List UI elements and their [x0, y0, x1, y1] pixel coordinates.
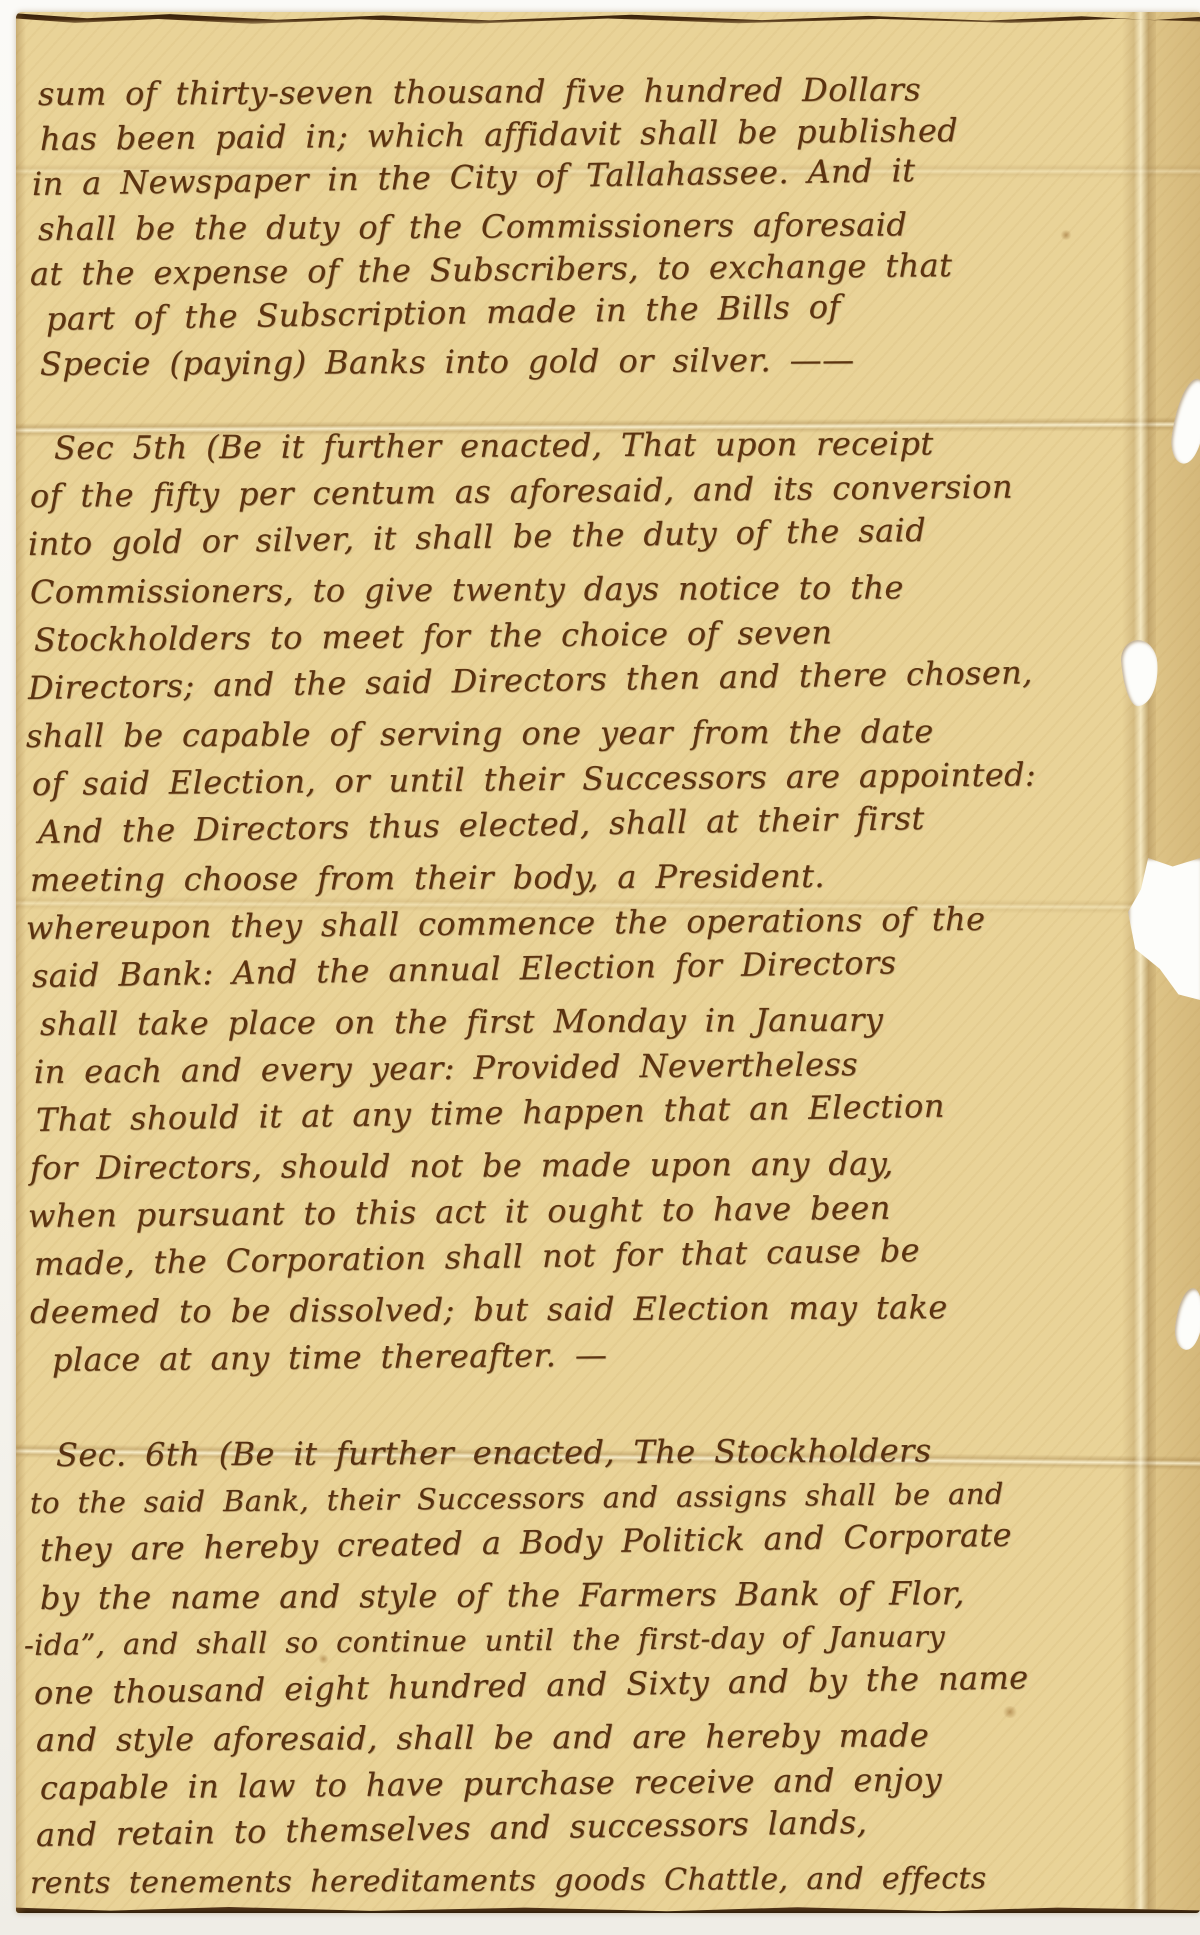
paragraph-section-6: Sec. 6th (Be it further enacted, The Sto… [16, 1432, 1200, 1907]
manuscript-line: Specie (paying) Banks into gold or silve… [40, 336, 1200, 387]
paper-top-edge [16, 12, 1200, 26]
paragraph-section-5: Sec 5th (Be it further enacted, That upo… [16, 424, 1200, 1384]
scan-background: sum of thirty-seven thousand five hundre… [0, 0, 1200, 1935]
manuscript-line: place at any time thereafter. — [52, 1325, 1200, 1384]
manuscript-page: sum of thirty-seven thousand five hundre… [16, 12, 1200, 1913]
manuscript-line: rents tenements hereditaments goods Chat… [30, 1853, 1200, 1907]
paragraph-continuation: sum of thirty-seven thousand five hundre… [16, 72, 1200, 387]
